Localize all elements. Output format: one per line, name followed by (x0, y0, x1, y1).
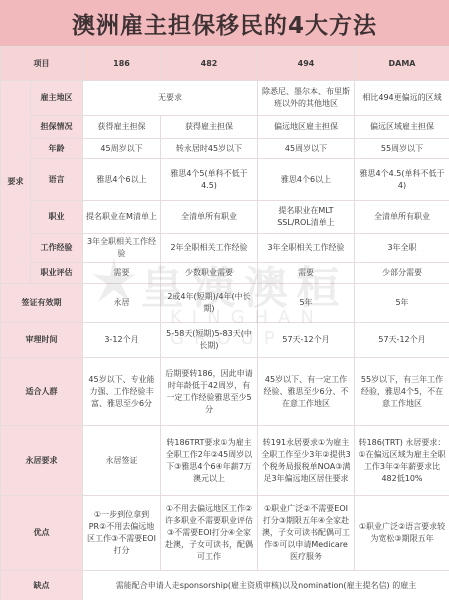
cell-186: 需要 (83, 263, 161, 284)
cell-186: 永居签证 (83, 426, 161, 496)
cell-186: 永居 (83, 284, 161, 323)
row-label: 工作经验 (31, 234, 83, 263)
header-item: 项目 (1, 47, 83, 81)
cell-dama: 5年 (355, 284, 449, 323)
cell-186: 获得雇主担保 (83, 116, 161, 139)
header-482: 482 (161, 47, 258, 81)
row-label: 语言 (31, 159, 83, 201)
cell-494: 3年全职相关工作经验 (258, 234, 355, 263)
cell-186: 提名职业在M清单上 (83, 201, 161, 234)
table-row-advantages: 优点 ①一步到位拿到PR②不用去偏远地区工作③不需要EOI打分 ①不用去偏远地区… (1, 496, 449, 571)
cell-186: 雅思4个6以上 (83, 159, 161, 201)
cell-482: 2年全职相关工作经验 (161, 234, 258, 263)
cell-dama: 全清单所有职业 (355, 201, 449, 234)
row-label: 雇主地区 (31, 81, 83, 116)
comparison-table: 项目 186 482 494 DAMA 要求 雇主地区 无要求 除悉尼、墨尔本、… (0, 46, 449, 600)
cell-482: 获得雇主担保 (161, 116, 258, 139)
table-row-suitable-for: 适合人群 45岁以下、专业能力强、工作经验丰富、雅思至少6分 后期要转186，因… (1, 358, 449, 426)
header-494: 494 (258, 47, 355, 81)
row-label: 职业 (31, 201, 83, 234)
table-row-disadvantages: 缺点 需能配合申请人走sponsorship(雇主资质审核)以及nominati… (1, 571, 449, 600)
cell-482: 后期要转186，因此申请时年龄低于42周岁，有一定工作经验雅思至少5分 (161, 358, 258, 426)
cell-494: 除悉尼、墨尔本、布里斯班以外的其他地区 (258, 81, 355, 116)
cell-494: 57天-12个月 (258, 323, 355, 358)
table-row-language: 语言 雅思4个6以上 雅思4个5(单科不低于4.5) 雅思4个6以上 雅思4个4… (1, 159, 449, 201)
cell-482: 雅思4个5(单科不低于4.5) (161, 159, 258, 201)
header-dama: DAMA (355, 47, 449, 81)
table-row-age: 年龄 45周岁以下 转永居时45岁以下 45周岁以下 55周岁以下 (1, 139, 449, 159)
table-row-skills-assessment: 职业评估 需要 少数职业需要 需要 少部分需要 (1, 263, 449, 284)
table-row-work-experience: 工作经验 3年全职相关工作经验 2年全职相关工作经验 3年全职相关工作经验 3年… (1, 234, 449, 263)
table-header-row: 项目 186 482 494 DAMA (1, 47, 449, 81)
cell-482: 5-58天(短期)5-83天(中长期) (161, 323, 258, 358)
row-label: 优点 (1, 496, 83, 571)
cell-dama: 偏远区域雇主担保 (355, 116, 449, 139)
cell-494: 需要 (258, 263, 355, 284)
cell-494: 5年 (258, 284, 355, 323)
cell-482: ①不用去偏远地区工作②许多职业不需要职业评估③不需要EOI打分④全家赴澳，子女可… (161, 496, 258, 571)
row-label: 签证有效期 (1, 284, 83, 323)
cell-494: 45岁以下、有一定工作经验、雅思至少6分、不在意工作地区 (258, 358, 355, 426)
cell-dama: 55周岁以下 (355, 139, 449, 159)
table-row-visa-validity: 签证有效期 永居 2或4年(短期)/4年(中长期) 5年 5年 (1, 284, 449, 323)
page-title: 澳洲雇主担保移民的4大方法 (72, 7, 377, 40)
row-label: 职业评估 (31, 263, 83, 284)
header-186: 186 (83, 47, 161, 81)
cell-494: 45周岁以下 (258, 139, 355, 159)
table-row-pr-requirements: 永居要求 永居签证 转186TRT要求①为雇主全职工作2年②45周岁以下③雅思4… (1, 426, 449, 496)
cell-dama: 3年全职 (355, 234, 449, 263)
cell-482: 全清单所有职业 (161, 201, 258, 234)
row-label: 适合人群 (1, 358, 83, 426)
table-row-occupation: 职业 提名职业在M清单上 全清单所有职业 提名职业在MLT SSL/ROL清单上… (1, 201, 449, 234)
cell-494: ①职业广泛②不需要EOI打分③期限五年④全家赴澳，子女可读书配偶可工作⑤可以申请… (258, 496, 355, 571)
table-row-processing-time: 审理时间 3-12个月 5-58天(短期)5-83天(中长期) 57天-12个月… (1, 323, 449, 358)
cell-186: 3-12个月 (83, 323, 161, 358)
cell-dama: 55岁以下，有三年工作经验，雅思4个5，不在意工作地区 (355, 358, 449, 426)
title-bar: 澳洲雇主担保移民的4大方法 (0, 0, 449, 46)
table-row-employer-region: 要求 雇主地区 无要求 除悉尼、墨尔本、布里斯班以外的其他地区 相比494更偏远… (1, 81, 449, 116)
requirements-group-label: 要求 (1, 81, 31, 284)
row-label: 担保情况 (31, 116, 83, 139)
cell-482: 少数职业需要 (161, 263, 258, 284)
row-label: 永居要求 (1, 426, 83, 496)
cell-dama: 少部分需要 (355, 263, 449, 284)
cell-186: ①一步到位拿到PR②不用去偏远地区工作③不需要EOI打分 (83, 496, 161, 571)
cell-494: 偏远地区雇主担保 (258, 116, 355, 139)
cell-186: 3年全职相关工作经验 (83, 234, 161, 263)
cell-482: 转186TRT要求①为雇主全职工作2年②45周岁以下③雅思4个6④年薪7万澳元以… (161, 426, 258, 496)
row-label: 年龄 (31, 139, 83, 159)
cell-482: 2或4年(短期)/4年(中长期) (161, 284, 258, 323)
cell-482: 转永居时45岁以下 (161, 139, 258, 159)
table-row-sponsorship: 担保情况 获得雇主担保 获得雇主担保 偏远地区雇主担保 偏远区域雇主担保 (1, 116, 449, 139)
cell-186-482: 无要求 (83, 81, 258, 116)
cell-dama: 57天-12个月 (355, 323, 449, 358)
cell-494: 转191永居要求①为雇主全职工作至少3年②提供3个税务局报税单NOA③满足3年偏… (258, 426, 355, 496)
cell-494: 雅思4个6以上 (258, 159, 355, 201)
cell-dama: 转186(TRT) 永居要求：①在偏远区域为雇主全职工作3年②年薪要求比482低… (355, 426, 449, 496)
cell-494: 提名职业在MLT SSL/ROL清单上 (258, 201, 355, 234)
row-label: 缺点 (1, 571, 83, 600)
cell-dama: 雅思4个4.5(单科不低于4) (355, 159, 449, 201)
cell-186: 45岁以下、专业能力强、工作经验丰富、雅思至少6分 (83, 358, 161, 426)
cell-all: 需能配合申请人走sponsorship(雇主资质审核)以及nomination(… (83, 571, 449, 600)
cell-dama: 相比494更偏远的区域 (355, 81, 449, 116)
row-label: 审理时间 (1, 323, 83, 358)
cell-186: 45周岁以下 (83, 139, 161, 159)
cell-dama: ①职业广泛②语言要求较为宽松③期限五年 (355, 496, 449, 571)
